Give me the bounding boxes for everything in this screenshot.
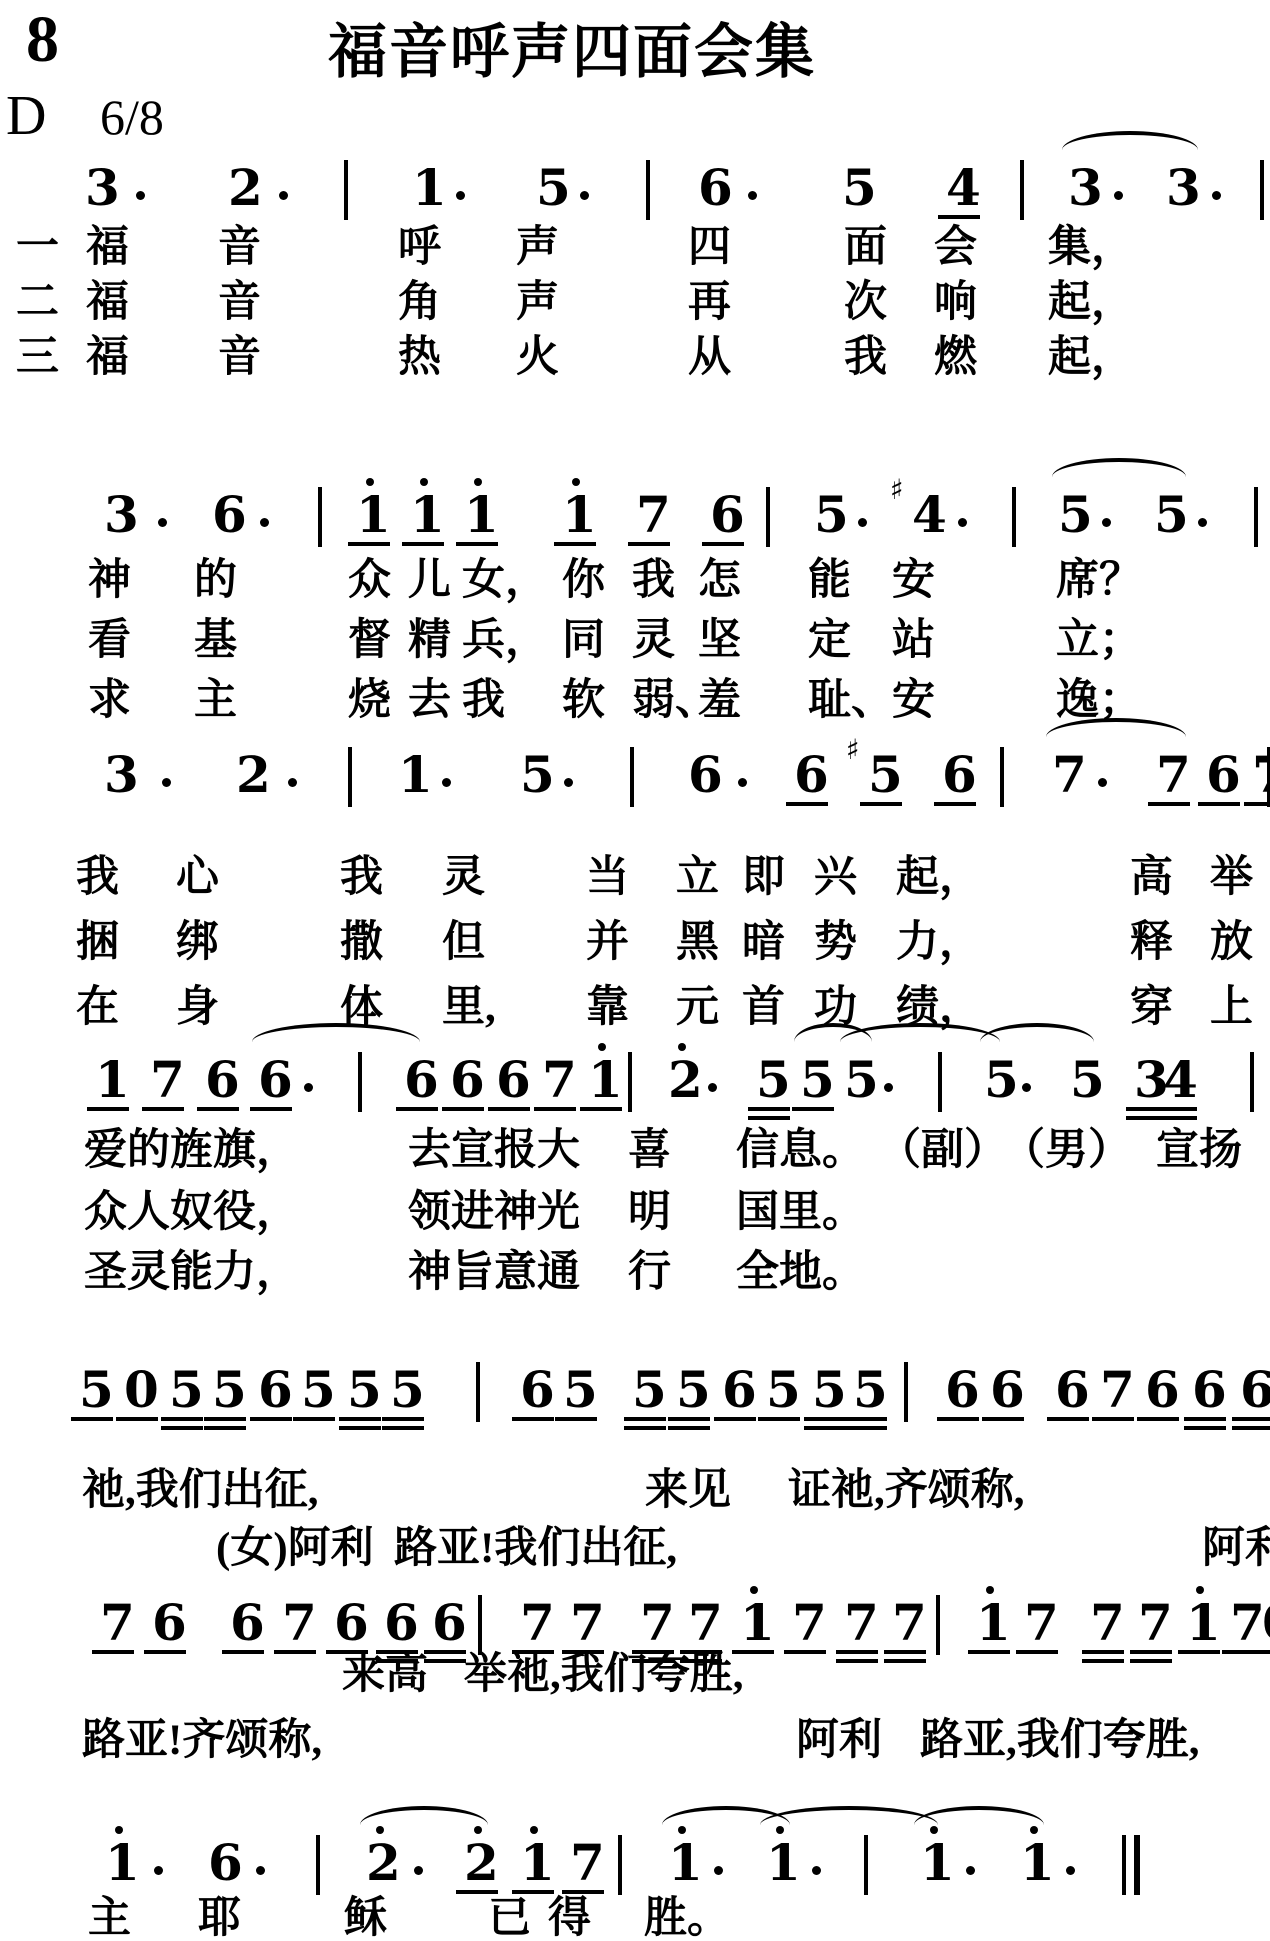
barline (476, 1362, 480, 1422)
eighth-underline (1184, 1417, 1226, 1421)
octave-dot (930, 1826, 938, 1834)
lyric-segment: 里, (442, 985, 496, 1031)
tie-arc (980, 1023, 1094, 1042)
note-digit: 7 (570, 1838, 605, 1888)
lyric-segment: 次 (844, 280, 887, 326)
lyric-segment: 呼 (398, 225, 441, 271)
eighth-underline (348, 542, 390, 546)
note-digit: 6 (1240, 1365, 1270, 1415)
duration-dot (136, 191, 145, 200)
lyric-segment: 再 (688, 280, 731, 326)
lyric-segment: 宣扬 (1156, 1128, 1242, 1174)
note-digit: 1 (920, 1838, 955, 1888)
lyric-segment: 音 (218, 225, 261, 271)
sixteenth-underline (845, 1426, 887, 1430)
eighth-underline (1155, 1107, 1197, 1111)
note-digit: 6 (698, 163, 733, 213)
eighth-underline (836, 1650, 878, 1654)
lyric-segment: 来高 (342, 1652, 428, 1698)
eighth-underline (1232, 1417, 1270, 1421)
eighth-underline (937, 1417, 979, 1421)
duration-dot (1098, 778, 1107, 787)
eighth-underline (792, 1107, 834, 1111)
eighth-underline (938, 215, 980, 219)
lyric-segment: 角 (398, 280, 441, 326)
note-digit: 4 (1163, 1055, 1198, 1105)
sixteenth-underline (1232, 1426, 1270, 1430)
duration-dot (260, 518, 269, 527)
note-digit: 1 (766, 1838, 801, 1888)
lyric-segment: 捆 (76, 920, 119, 966)
duration-dot (288, 778, 297, 787)
barline (938, 1052, 942, 1112)
lyric-segment: 坚 (698, 618, 741, 664)
octave-dot (474, 1826, 482, 1834)
lyric-segment: 我 (844, 335, 887, 381)
note-digit: 7 (1138, 1598, 1173, 1648)
lyric-segment: 基 (194, 618, 237, 664)
lyric-segment: 声 (516, 225, 559, 271)
duration-dot (158, 518, 167, 527)
note-digit: 5 (756, 1055, 791, 1105)
duration-dot (414, 1866, 423, 1875)
note-digit: 4 (912, 490, 947, 540)
note-digit: 7 (892, 1598, 927, 1648)
eighth-underline (554, 542, 596, 546)
lyric-segment: 证祂,齐颂称, (788, 1468, 1025, 1514)
eighth-underline (456, 542, 498, 546)
note-digit: 6 (945, 1365, 980, 1415)
eighth-underline (424, 1650, 466, 1654)
note-digit: 5 (800, 1055, 835, 1105)
duration-dot (442, 778, 451, 787)
note-digit: 1 (410, 490, 445, 540)
sixteenth-underline (161, 1426, 203, 1430)
lyric-segment: 四 (688, 225, 731, 271)
eighth-underline (786, 802, 828, 806)
eighth-underline (1137, 1417, 1179, 1421)
note-digit: 6 (794, 750, 829, 800)
note-digit: 2 (668, 1055, 703, 1105)
eighth-underline (92, 1650, 134, 1654)
note-digit: 6 (1055, 1365, 1090, 1415)
note-digit: 5 (563, 1365, 598, 1415)
barline (358, 1052, 362, 1112)
note-digit: 6 (205, 1055, 240, 1105)
note-digit: 5 (868, 750, 903, 800)
lyric-segment: 胜。 (644, 1896, 730, 1941)
eighth-underline (1082, 1650, 1124, 1654)
lyric-segment: 面 (844, 225, 887, 271)
note-digit: 5 (169, 1365, 204, 1415)
note-digit: 6 (1206, 750, 1241, 800)
note-digit: 7 (520, 1598, 555, 1648)
lyric-segment: 并 (586, 920, 629, 966)
octave-dot (750, 1586, 758, 1594)
lyric-segment: 行 (628, 1250, 671, 1296)
lyric-segment: 我 (76, 855, 119, 901)
note-digit: 2 (228, 163, 263, 213)
note-digit: 5 (1070, 1055, 1105, 1105)
eighth-underline (1016, 1650, 1058, 1654)
lyric-segment: 起， (1048, 335, 1134, 381)
lyric-segment: 兴 (814, 855, 857, 901)
lyric-segment: 首 (742, 985, 785, 1031)
octave-dot (530, 1826, 538, 1834)
duration-dot (304, 1083, 313, 1092)
lyric-segment: 体 (340, 985, 383, 1031)
lyric-segment: 看 (88, 618, 131, 664)
octave-dot (1196, 1586, 1204, 1594)
sixteenth-underline (1184, 1426, 1226, 1430)
duration-dot (858, 518, 867, 527)
eighth-underline (488, 1107, 530, 1111)
lyric-segment: 国里。 (736, 1190, 865, 1236)
duration-dot (256, 1866, 265, 1875)
eighth-underline (442, 1107, 484, 1111)
sixteenth-underline (836, 1659, 878, 1663)
note-digit: 1 (740, 1598, 775, 1648)
note-digit: 5 (347, 1365, 382, 1415)
note-digit: 6 (258, 1055, 293, 1105)
note-digit: 7 (1090, 1598, 1125, 1648)
lyric-segment: 福 (86, 280, 129, 326)
octave-dot (366, 478, 374, 486)
lyric-segment: 撒 (340, 920, 383, 966)
lyric-segment: 福 (86, 225, 129, 271)
note-digit: 5 (844, 1055, 879, 1105)
note-digit: 5 (390, 1365, 425, 1415)
note-digit: 5 (676, 1365, 711, 1415)
note-digit: 6 (496, 1055, 531, 1105)
note-digit: 5 (814, 490, 849, 540)
lyric-segment: 即 (742, 855, 785, 901)
lyric-segment: 去 (408, 678, 451, 724)
eighth-underline (1130, 1650, 1172, 1654)
note-digit: 1 (356, 490, 391, 540)
lyric-segment: 灵 (632, 618, 675, 664)
barline (1250, 1052, 1254, 1112)
duration-dot (456, 191, 465, 200)
lyric-segment: 圣灵能力， (84, 1250, 299, 1296)
lyric-segment: 耻、 (808, 678, 894, 724)
sixteenth-underline (748, 1116, 790, 1120)
note-digit: 6 (258, 1365, 293, 1415)
note-digit: 6 (450, 1055, 485, 1105)
lyric-segment: 路亚!齐颂称, (82, 1718, 322, 1764)
note-digit: 1 (520, 1838, 555, 1888)
barline (766, 487, 770, 547)
lyric-segment: 烧 (348, 678, 391, 724)
sixteenth-underline (382, 1426, 424, 1430)
octave-dot (598, 1043, 606, 1051)
lyric-segment: 主 (194, 678, 237, 724)
lyric-segment: 声 (516, 280, 559, 326)
lyric-segment: 耶 (198, 1896, 241, 1941)
lyric-segment: 能 (808, 558, 851, 604)
lyric-segment: （副） (878, 1128, 1007, 1174)
lyric-segment: 举祂,我们夸胜, (464, 1652, 744, 1698)
lyric-segment: 燃 (934, 335, 977, 381)
note-digit: 5 (766, 1365, 801, 1415)
eighth-underline (339, 1417, 381, 1421)
eighth-underline (628, 542, 670, 546)
lyric-segment: 元 (676, 985, 719, 1031)
duration-dot (966, 1866, 975, 1875)
lyric-segment: 起， (1048, 280, 1134, 326)
sixteenth-underline (884, 1659, 926, 1663)
eighth-underline (161, 1417, 203, 1421)
sixteenth-underline (1130, 1659, 1172, 1663)
barline (904, 1362, 908, 1422)
lyric-segment: 来见 (645, 1468, 731, 1514)
lyric-segment: 神旨意通 (408, 1250, 580, 1296)
note-digit: 5 (301, 1365, 336, 1415)
sixteenth-underline (424, 1659, 466, 1663)
note-digit: 1 (1020, 1838, 1055, 1888)
sixteenth-underline (204, 1426, 246, 1430)
eighth-underline (1148, 802, 1190, 806)
note-digit: 2 (464, 1838, 499, 1888)
lyric-segment: 二 (16, 280, 59, 326)
eighth-underline (204, 1417, 246, 1421)
lyric-segment: 黑 (676, 920, 719, 966)
eighth-underline (845, 1417, 887, 1421)
lyric-segment: 你 (562, 558, 605, 604)
lyric-segment: 儿 (408, 558, 451, 604)
tie-arc (914, 1806, 1044, 1825)
eighth-underline (1178, 1650, 1220, 1654)
note-digit: 6 (710, 490, 745, 540)
lyric-segment: 的 (194, 558, 237, 604)
lyric-segment: 逸； (1056, 678, 1142, 724)
note-digit: 5 (632, 1365, 667, 1415)
note-digit: 5 (536, 163, 571, 213)
eighth-underline (197, 1107, 239, 1111)
note-digit: 6 (520, 1365, 555, 1415)
octave-dot (572, 478, 580, 486)
lyric-segment: 喜 (628, 1128, 671, 1174)
sixteenth-underline (1082, 1659, 1124, 1663)
eighth-underline (512, 1417, 554, 1421)
eighth-underline (222, 1650, 264, 1654)
eighth-underline (250, 1417, 292, 1421)
note-digit: 0 (124, 1365, 159, 1415)
note-digit: 5 (212, 1365, 247, 1415)
eighth-underline (934, 802, 976, 806)
eighth-underline (71, 1417, 113, 1421)
note-digit: 6 (212, 490, 247, 540)
lyric-segment: 求 (88, 678, 131, 724)
lyric-segment: 怎 (698, 558, 741, 604)
note-digit: 5 (1154, 490, 1189, 540)
note-digit: 1 (464, 490, 499, 540)
octave-dot (376, 1826, 384, 1834)
lyric-segment: 我 (462, 678, 505, 724)
note-digit: 7 (570, 1598, 605, 1648)
lyric-segment: 灵 (442, 855, 485, 901)
octave-dot (678, 1043, 686, 1051)
barline (618, 1835, 622, 1895)
note-digit: 7 (1024, 1598, 1059, 1648)
barline (628, 1052, 632, 1112)
sixteenth-underline (668, 1426, 710, 1430)
lyric-segment: 集， (1048, 225, 1134, 271)
duration-dot (884, 1083, 893, 1092)
eighth-underline (714, 1417, 756, 1421)
lyric-segment: 身 (176, 985, 219, 1031)
lyric-segment: 信息。 (736, 1128, 865, 1174)
lyric-segment: 兵， (462, 618, 548, 664)
note-digit: 7 (150, 1055, 185, 1105)
lyric-segment: 绩， (896, 985, 982, 1031)
duration-dot (1114, 191, 1123, 200)
sharp-icon: ♯ (890, 476, 904, 504)
note-digit: 7 (688, 1598, 723, 1648)
tie-arc (252, 1023, 420, 1042)
lyric-segment: 爱的旌旗， (84, 1128, 299, 1174)
lyric-segment: 音 (218, 335, 261, 381)
note-digit: 0 (1262, 1598, 1270, 1648)
eighth-underline (144, 1650, 186, 1654)
lyric-segment: 立； (1056, 618, 1142, 664)
duration-dot (580, 191, 589, 200)
duration-dot (714, 1866, 723, 1875)
lyric-segment: 福 (86, 335, 129, 381)
note-digit: 6 (432, 1598, 467, 1648)
lyric-segment: 立 (676, 855, 719, 901)
lyric-segment: 响 (934, 280, 977, 326)
eighth-underline (580, 1107, 622, 1111)
lyric-segment: 我 (632, 558, 675, 604)
lyric-segment: 放 (1210, 920, 1253, 966)
note-digit: 6 (1192, 1365, 1227, 1415)
eighth-underline (456, 1890, 498, 1894)
lyric-segment: 路亚,我们夸胜, (920, 1718, 1200, 1764)
eighth-underline (1198, 802, 1240, 806)
eighth-underline (87, 1107, 129, 1111)
lyric-segment: 势 (814, 920, 857, 966)
note-digit: 3 (1068, 163, 1103, 213)
note-digit: 7 (844, 1598, 879, 1648)
note-digit: 7 (1230, 1598, 1265, 1648)
lyric-segment: 火 (516, 335, 559, 381)
barline (1012, 487, 1016, 547)
note-digit: 1 (105, 1838, 140, 1888)
lyric-segment: 精 (408, 618, 451, 664)
barline (344, 160, 348, 220)
eighth-underline (562, 1890, 604, 1894)
note-digit: 7 (640, 1598, 675, 1648)
note-digit: 5 (1058, 490, 1093, 540)
sixteenth-underline (339, 1426, 381, 1430)
octave-dot (420, 478, 428, 486)
lyric-segment: 功 (814, 985, 857, 1031)
sixteenth-underline (1155, 1116, 1197, 1120)
tie-arc (360, 1806, 488, 1825)
barline (316, 1835, 320, 1895)
note-digit: 2 (236, 750, 271, 800)
barline (864, 1835, 868, 1895)
lyric-segment: 安 (892, 678, 935, 724)
eighth-underline (250, 1107, 292, 1111)
eighth-underline (396, 1107, 438, 1111)
sharp-icon: ♯ (846, 736, 860, 764)
note-digit: 6 (990, 1365, 1025, 1415)
lyric-segment: 督 (348, 618, 391, 664)
barline (318, 487, 322, 547)
eighth-underline (534, 1107, 576, 1111)
note-digit: 3 (85, 163, 120, 213)
note-digit: 1 (976, 1598, 1011, 1648)
note-digit: 4 (946, 163, 981, 213)
duration-dot (958, 518, 967, 527)
lyric-segment: 同 (562, 618, 605, 664)
barline (1020, 160, 1024, 220)
barline (936, 1595, 940, 1655)
eighth-underline (1047, 1417, 1089, 1421)
barline (348, 747, 352, 807)
note-digit: 3 (104, 750, 139, 800)
lyric-segment: 上 (1210, 985, 1253, 1031)
lyric-segment: 释 (1130, 920, 1173, 966)
lyric-segment: 站 (892, 618, 935, 664)
note-digit: 6 (230, 1598, 265, 1648)
lyric-segment: 但 (442, 920, 485, 966)
lyric-segment: 我 (340, 855, 383, 901)
note-digit: 6 (688, 750, 723, 800)
eighth-underline (982, 1417, 1024, 1421)
duration-dot (154, 1866, 163, 1875)
duration-dot (748, 191, 757, 200)
note-digit: 1 (668, 1838, 703, 1888)
note-digit: 3 (1166, 163, 1201, 213)
barline (1000, 747, 1004, 807)
eighth-underline (293, 1417, 335, 1421)
eighth-underline (1254, 1650, 1270, 1654)
note-digit: 5 (812, 1365, 847, 1415)
note-digit: 7 (542, 1055, 577, 1105)
lyric-segment: （男） (1002, 1128, 1131, 1174)
lyric-segment: 得 (548, 1896, 591, 1941)
eighth-underline (624, 1417, 666, 1421)
note-digit: 1 (562, 490, 597, 540)
note-digit: 2 (366, 1838, 401, 1888)
lyric-segment: 路亚!我们出征, (394, 1526, 677, 1572)
tie-arc (760, 1806, 938, 1825)
duration-dot (564, 778, 573, 787)
lyric-segment: 力， (896, 920, 982, 966)
lyric-segment: 众 (348, 558, 391, 604)
lyric-segment: 一 (16, 225, 59, 271)
lyric-segment: 三 (16, 335, 59, 381)
lyric-segment: 明 (628, 1190, 671, 1236)
barline (1260, 160, 1264, 220)
note-digit: 6 (152, 1598, 187, 1648)
sixteenth-underline (804, 1426, 846, 1430)
lyric-segment: 暗 (742, 920, 785, 966)
barline (478, 1595, 482, 1655)
duration-dot (1102, 518, 1111, 527)
note-digit: 7 (282, 1598, 317, 1648)
eighth-underline (784, 1650, 826, 1654)
lyric-segment: 心 (176, 855, 219, 901)
lyric-segment: 主 (88, 1896, 131, 1941)
eighth-underline (968, 1650, 1010, 1654)
final-barline (1122, 1835, 1126, 1895)
lyric-segment: 已 (488, 1896, 531, 1941)
note-digit: 6 (384, 1598, 419, 1648)
